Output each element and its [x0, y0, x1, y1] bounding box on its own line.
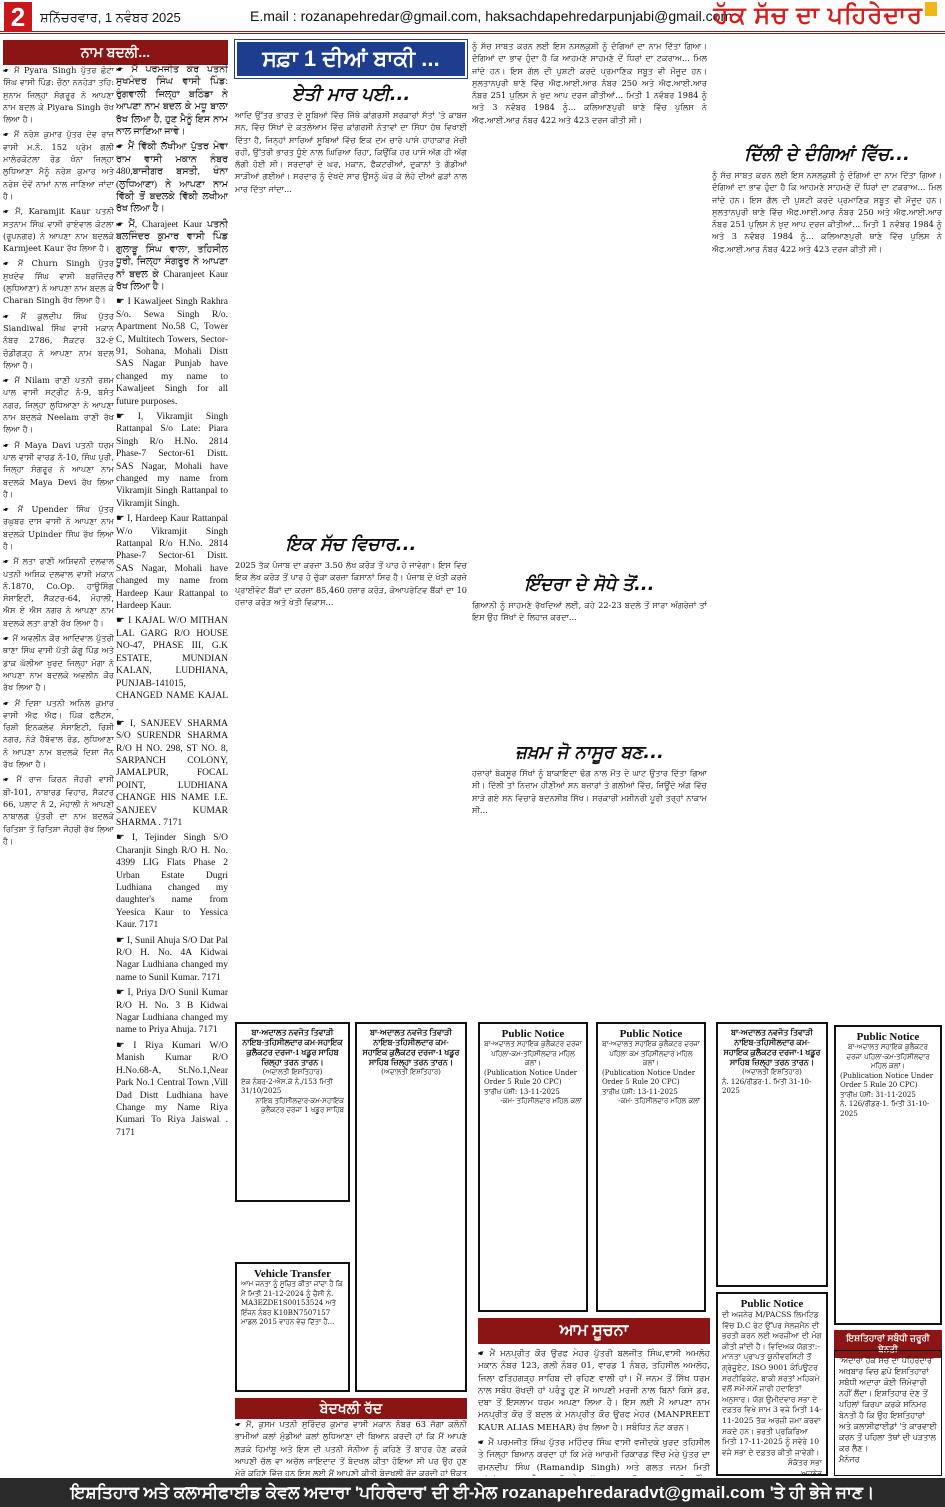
footer-banner: ਇਸ਼ਤਿਹਾਰ ਅਤੇ ਕਲਾਸੀਫਾਈਡ ਕੇਵਲ ਅਦਾਰਾ 'ਪਹਿਰੇ…: [0, 1478, 945, 1507]
article-body: ਗਿਆਨੀ ਨੂੰ ਸਾਹਮਣੇ ਰੱਖਦਿਆਂ ਲਈ, ਕਹੇ 22-23 ਬ…: [472, 599, 707, 624]
list-item: ☛ ਮੈਂ ਮਨਪ੍ਰੀਤ ਕੌਰ ਉਰਫ ਮੇਹਰ ਪੁੱਤਰੀ ਬਲਜੀਤ …: [478, 1348, 710, 1434]
masthead: 2 ਸ਼ਨਿੱਚਰਵਾਰ, 1 ਨਵੰਬਰ 2025 E.mail : roza…: [0, 0, 945, 34]
article-body: ਆਦਿ ਉੱਤਰ ਭਾਰਤ ਦੇ ਸੂਬਿਆਂ ਵਿੱਚ ਜਿੱਥੇ ਕਾਂਗਰ…: [235, 109, 467, 195]
newspaper-logo: ਹੱਕ ਸੱਚ ਦਾ ਪਹਿਰੇਦਾਰ: [714, 2, 939, 30]
list-item: ☛ I Kawaljeet Singh Rakhra S/o. Sewa Sin…: [116, 296, 228, 408]
list-item: ☛ I, Vikramjit Singh Rattanpal S/o Late:…: [116, 411, 228, 510]
list-item: ☛ ਮੈਂ Nilam ਰਾਣੀ ਪਤਨੀ ਰਸ਼ਮ ਪਾਲ ਵਾਸੀ ਸਟ੍ਰ…: [3, 374, 114, 435]
list-item: ☛ ਮੈਂ Maya Davi ਪਤਨੀ ਧਰਮ ਪਾਲ ਵਾਸੀ ਵਾਰਡ ਨ…: [3, 439, 114, 500]
list-item: ☛ I, SANJEEV SHARMA S/O SURENDR SHARMA R…: [116, 718, 228, 830]
court-notice: ਬਾ-ਅਦਾਲਤ ਨਵਜੋਤ ਤਿਵਾੜੀ ਨਾਇਬ-ਤਹਿਸੀਲਦਾਰ ਕਮ-…: [716, 1022, 828, 1287]
court-notice: ਬਾ-ਅਦਾਲਤ ਨਵਜੋਤ ਤਿਵਾੜੀ ਨਾਇਬ-ਤਹਿਸੀਲਦਾਰ ਕਮ-…: [235, 1022, 350, 1202]
contact-email: E.mail : rozanapehredar@gmail.com, haksa…: [250, 8, 732, 24]
name-change-col1: ☛ ਮੈਂ Pyara Singh ਪੁੱਤਰ ਛੋਟਾ ਸਿੰਘ ਵਾਸੀ ਪ…: [3, 64, 114, 1450]
ad-request-body: 'ਅਦਾਰਾ ਹੱਕ ਸੱਚ ਦਾ ਪਹਿਰੇਦਾਰ' ਅਖ਼ਬਾਰ ਵਿਚ ਛ…: [834, 1350, 942, 1476]
article-eti-maar: ਏਤੀ ਮਾਰ ਪਈ... ਆਦਿ ਉੱਤਰ ਭਾਰਤ ਦੇ ਸੂਬਿਆਂ ਵਿ…: [235, 80, 467, 460]
list-item: ☛ I, Sunil Ahuja S/O Dat Pal R/O H. No. …: [116, 935, 228, 985]
list-item: ☛ I Riya Kumari W/O Manish Kumar R/O H.N…: [116, 1040, 228, 1139]
list-item: ☛ I, Priya D/O Sunil Kumar R/O H. No. 3 …: [116, 987, 228, 1037]
court-notice: ਬਾ-ਅਦਾਲਤ ਨਵਜੋਤ ਤਿਵਾੜੀ ਨਾਇਬ-ਤਹਿਸੀਲਦਾਰ ਕਮ-…: [355, 1022, 467, 1392]
list-item: ☛ I KAJAL W/O MITHAN LAL GARG R/O HOUSE …: [116, 615, 228, 714]
eviction-body: ☛ ਮੈਂ, ਕੁਸਮ ਪਤਨੀ ਸੁਰਿੰਦਰ ਕੁਮਾਰ ਵਾਸੀ ਮਕਾਨ…: [235, 1418, 467, 1476]
list-item: ☛ ਮੈਂ ਦਿਸ਼ਾ ਪਤਨੀ ਅਨਿਲ ਕੁਮਾਰ ਵਾਸੀ ਐਫ ਐਫ। …: [3, 697, 114, 771]
list-item: ☛ ਮੈਂ Churn Singh ਪੁੱਤਰ ਸੁਖਦੇਵ ਸਿੰਘ ਵਾਸੀ…: [3, 257, 114, 306]
list-item: ☛ ਮੈਂ, Karamjit Kaur ਪਤਨੀ ਸਤਨਾਮ ਸਿੰਘ ਵਾਸ…: [3, 205, 114, 254]
article-indira: ਇੰਦਰਾ ਦੇ ਸੋਧੇ ਤੋਂ... ਗਿਆਨੀ ਨੂੰ ਸਾਹਮਣੇ ਰੱ…: [472, 570, 707, 720]
public-notice: Public Notice ਬਾ-ਅਦਾਲਤ ਸਹਾਇਕ ਕੁਲੈਕਟਰ ਦਰਜ…: [834, 1025, 942, 1325]
name-change-col2: ☛ ਮੈਂ ਪਰਮਜੀਤ ਕੌਰ ਪਤਨੀ ਸੁਖਮੰਦਰ ਸਿੰਘ ਵਾਸੀ …: [116, 64, 228, 1450]
mpcass-public-notice: Public Notice ਦੀ ਅਜਨੇਰ M/PACSS ਲਿਮਟਿਡ ਵਿ…: [716, 1292, 828, 1476]
name-change-heading: ਨਾਮ ਬਦਲੀ...: [3, 40, 228, 65]
list-item: ☛ ਮੈਂ ਲਤਾ ਰਾਣੀ ਅਸ਼ਿਵਨੀ ਦਲਵਾਲ ਪਤਨੀ ਅਸ਼ਿਕ …: [3, 555, 114, 629]
list-item: ☛ ਮੈਂ ਕੁਲਦੀਪ ਸਿੰਘ ਪੁੱਤਰ Siandiwal ਸਿੰਘ ਵ…: [3, 310, 114, 371]
general-notice-heading: ਆਮ ਸੂਚਨਾ: [478, 1318, 710, 1344]
list-item: ☛ I, Tejinder Singh S/O Charanjit Singh …: [116, 832, 228, 931]
list-item: ☛ ਮੈਂ Pyara Singh ਪੁੱਤਰ ਛੋਟਾ ਸਿੰਘ ਵਾਸੀ ਪ…: [3, 64, 114, 125]
list-item: ☛ ਮੈਂ ਰਾਜ ਕਿਰਨ ਜੌਹਰੀ ਵਾਸੀ ਬੀ-101, ਨਾਬਾਰਡ…: [3, 773, 114, 847]
article-title: ਏਤੀ ਮਾਰ ਪਈ...: [235, 84, 467, 105]
continued-banner: ਸਫ਼ਾ 1 ਦੀਆਂ ਬਾਕੀ ...: [235, 40, 467, 78]
vehicle-transfer-notice: Vehicle Transfer ਆਮ ਜਨਤਾ ਨੂੰ ਸੂਚਿਤ ਕੀਤਾ …: [235, 1262, 350, 1392]
article-body: ਹਜ਼ਾਰਾਂ ਬੇਕਸੂਰ ਸਿੱਖਾਂ ਨੂੰ ਬਾਕਾਇਦਾ ਢੰਗ ਨਾ…: [472, 767, 707, 816]
public-notice: Public Notice ਬਾ-ਅਦਾਲਤ ਸਹਾਇਕ ਕੁਲੈਕਟਰ ਦਰਜ…: [478, 1022, 588, 1312]
article-title: ਦਿੱਲੀ ਦੇ ਦੰਗਿਆਂ ਵਿੱਚ...: [712, 144, 942, 165]
list-item: ☛ ਮੈਂ Upender ਸਿੰਘ ਪੁੱਤਰ ਰਘੁਬਰ ਦਾਸ ਵਾਸੀ …: [3, 503, 114, 552]
article-zakham: ਜ਼ਖ਼ਮ ਜੋ ਨਾਸੂਰ ਬਣ... ਹਜ਼ਾਰਾਂ ਬੇਕਸੂਰ ਸਿੱਖ…: [472, 738, 707, 998]
list-item: ☛ ਮੈਂ ਵਿੱਕੀ ਲੱਖੀਆ ਪੁੱਤਰ ਮੇਵਾ ਰਾਮ ਵਾਸੀ ਮਕ…: [116, 141, 228, 215]
list-item: ☛ ਮੈਂ ਨਰੇਸ਼ ਕੁਮਾਰ ਪੁੱਤਰ ਦੇਵ ਰਾਜ ਵਾਸੀ ਮ.ਨ…: [3, 128, 114, 202]
flag-icon: [925, 2, 937, 16]
article-title: ਜ਼ਖ਼ਮ ਜੋ ਨਾਸੂਰ ਬਣ...: [472, 742, 707, 763]
list-item: ☛ ਮੈਂ ਪਰਮਜੀਤ ਸਿੰਘ ਪੁੱਤਰ ਮਹਿੰਦਰ ਸਿੰਘ ਵਾਸੀ…: [478, 1437, 710, 1476]
list-item: ☛ ਮੈਂ ਅਵਲੀਨ ਕੌਰ ਆਦਿਵਾਲ ਪੁੱਤਰੀ ਥਾਣਾ ਸਿੰਘ …: [3, 632, 114, 693]
eviction-heading: ਬੇਦਖਲੀ ਰੱਦ: [235, 1398, 467, 1419]
list-item: ☛ ਮੈਂ, Charajeet Kaur ਪਤਨੀ ਬਲਜਿੰਦਰ ਕੁਮਾਰ…: [116, 219, 228, 293]
article-ik-sach: ਇਕ ਸੱਚ ਵਿਚਾਰ... 2025 ਤੱਕ ਪੰਜਾਬ ਦਾ ਕਰਜ਼ਾ …: [235, 530, 467, 990]
article-body: ਨੂੰ ਸੱਚ ਸਾਬਤ ਕਰਨ ਲਈ ਇਸ ਨਸਲਕੁਸ਼ੀ ਨੂੰ ਦੰਗਿ…: [472, 40, 707, 126]
public-notice: Public Notice ਬਾ-ਅਦਾਲਤ ਸਹਾਇਕ ਕੁਲੈਕਟਰ ਦਰਜ…: [596, 1022, 706, 1312]
issue-date: ਸ਼ਨਿੱਚਰਵਾਰ, 1 ਨਵੰਬਰ 2025: [40, 10, 181, 26]
general-notice-body: ☛ ਮੈਂ ਮਨਪ੍ਰੀਤ ਕੌਰ ਉਰਫ ਮੇਹਰ ਪੁੱਤਰੀ ਬਲਜੀਤ …: [478, 1348, 710, 1476]
article-body: ਨੂੰ ਸੱਚ ਸਾਬਤ ਕਰਨ ਲਈ ਇਸ ਨਸਲਕੁਸ਼ੀ ਨੂੰ ਦੰਗਿ…: [712, 169, 942, 255]
list-item: ☛ ਮੈਂ ਪਰਮਜੀਤ ਕੌਰ ਪਤਨੀ ਸੁਖਮੰਦਰ ਸਿੰਘ ਵਾਸੀ …: [116, 64, 228, 138]
page-number: 2: [4, 2, 32, 32]
article-title: ਇੰਦਰਾ ਦੇ ਸੋਧੇ ਤੋਂ...: [472, 574, 707, 595]
article-delhi-riots: ਦਿੱਲੀ ਦੇ ਦੰਗਿਆਂ ਵਿੱਚ... ਨੂੰ ਸੱਚ ਸਾਬਤ ਕਰਨ…: [712, 140, 942, 1000]
article-continued-col: ਨੂੰ ਸੱਚ ਸਾਬਤ ਕਰਨ ਲਈ ਇਸ ਨਸਲਕੁਸ਼ੀ ਨੂੰ ਦੰਗਿ…: [472, 40, 707, 560]
article-body: 2025 ਤੱਕ ਪੰਜਾਬ ਦਾ ਕਰਜ਼ਾ 3.50 ਲੱਖ ਕਰੋੜ ਤੋ…: [235, 559, 467, 608]
list-item: ☛ I, Hardeep Kaur Rattanpal W/o Vikramji…: [116, 513, 228, 612]
article-title: ਇਕ ਸੱਚ ਵਿਚਾਰ...: [235, 534, 467, 555]
